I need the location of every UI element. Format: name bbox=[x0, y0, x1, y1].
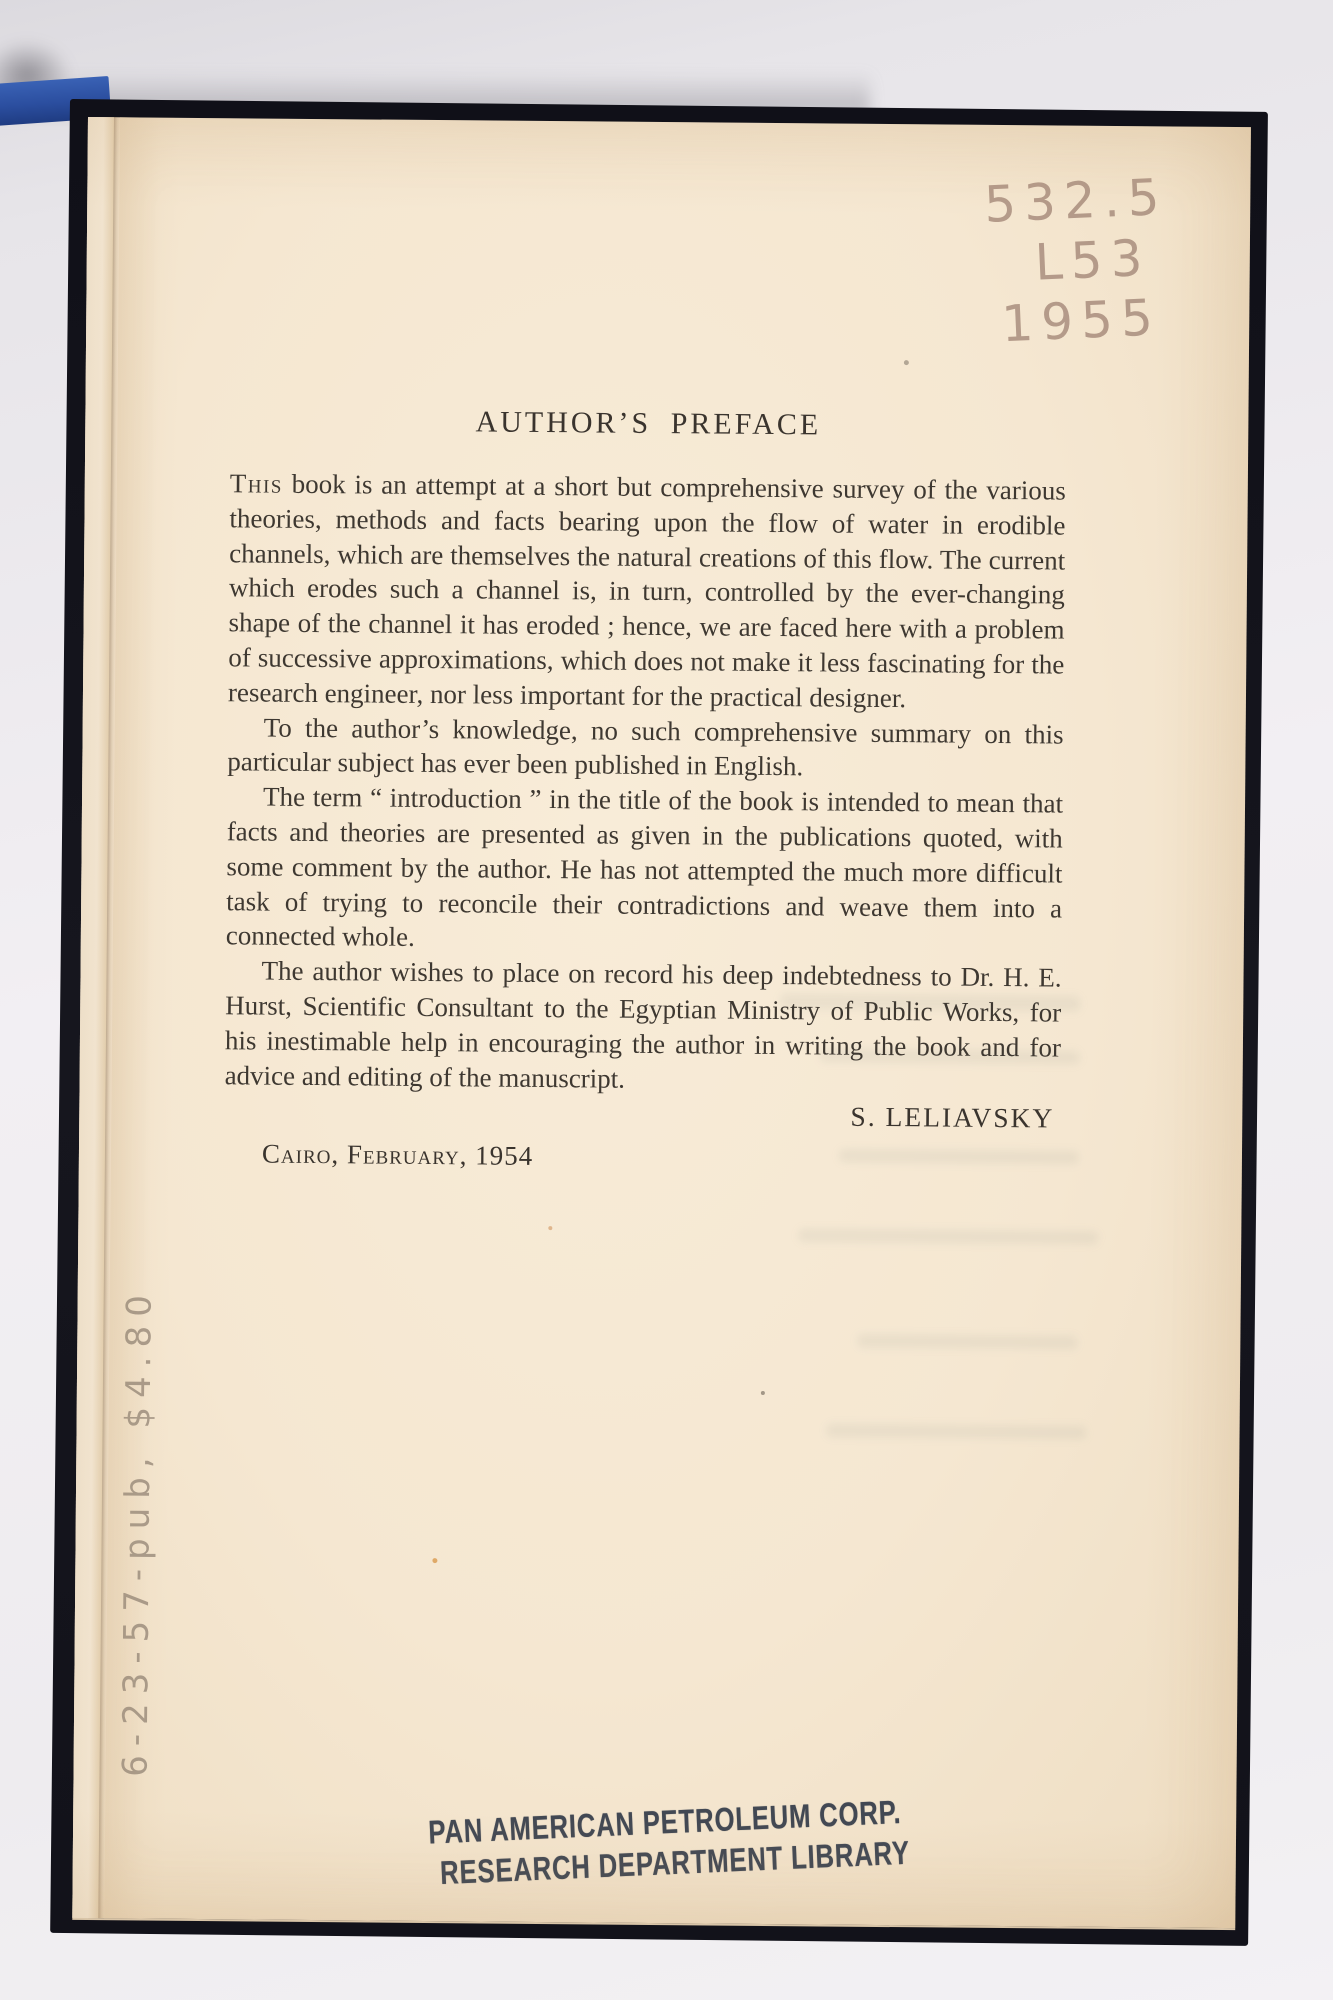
call-number-class: 532.5 bbox=[983, 165, 1215, 235]
paragraph-text: book is an attempt at a short but compre… bbox=[228, 469, 1066, 713]
pencil-call-number: 532.5 L53 1955 bbox=[983, 165, 1221, 355]
dateline: Cairo, February, 1954 bbox=[224, 1136, 1060, 1178]
preface-paragraph-1: This book is an attempt at a short but c… bbox=[228, 466, 1066, 717]
bleed-through-smudge bbox=[827, 1423, 1087, 1439]
page-title: AUTHOR’S PREFACE bbox=[230, 402, 1066, 445]
call-number-year: 1955 bbox=[1000, 285, 1220, 354]
paragraph-text: The term “ introduction ” in the title o… bbox=[226, 782, 1063, 953]
paper-speck bbox=[432, 1558, 437, 1563]
preface-paragraph-3: The term “ introduction ” in the title o… bbox=[226, 779, 1063, 960]
bleed-through-smudge bbox=[857, 1334, 1077, 1350]
lead-word: This bbox=[230, 468, 283, 498]
paragraph-text: To the author’s knowledge, no such compr… bbox=[227, 712, 1064, 782]
call-number-cutter: L53 bbox=[1034, 225, 1218, 293]
preface-paragraph-2: To the author’s knowledge, no such compr… bbox=[227, 710, 1064, 787]
preface-text-block: AUTHOR’S PREFACE This book is an attempt… bbox=[224, 402, 1067, 1178]
paper-speck bbox=[761, 1391, 765, 1395]
preface-paragraph-4: The author wishes to place on record his… bbox=[224, 953, 1061, 1099]
paper-speck bbox=[904, 360, 909, 365]
author-signature: S. LELIAVSKY bbox=[224, 1095, 1060, 1137]
pencil-margin-note: 6-23-57-pub, $4.80 bbox=[115, 1211, 165, 1851]
bleed-through-smudge bbox=[798, 1228, 1098, 1245]
paragraph-text: The author wishes to place on record his… bbox=[225, 956, 1062, 1094]
paper-speck bbox=[548, 1226, 552, 1230]
book-page: 532.5 L53 1955 AUTHOR’S PREFACE This boo… bbox=[72, 117, 1251, 1930]
photo-backdrop: 532.5 L53 1955 AUTHOR’S PREFACE This boo… bbox=[0, 0, 1333, 2000]
library-stamp: PAN AMERICAN PETROLEUM CORP. RESEARCH DE… bbox=[427, 1789, 950, 1894]
